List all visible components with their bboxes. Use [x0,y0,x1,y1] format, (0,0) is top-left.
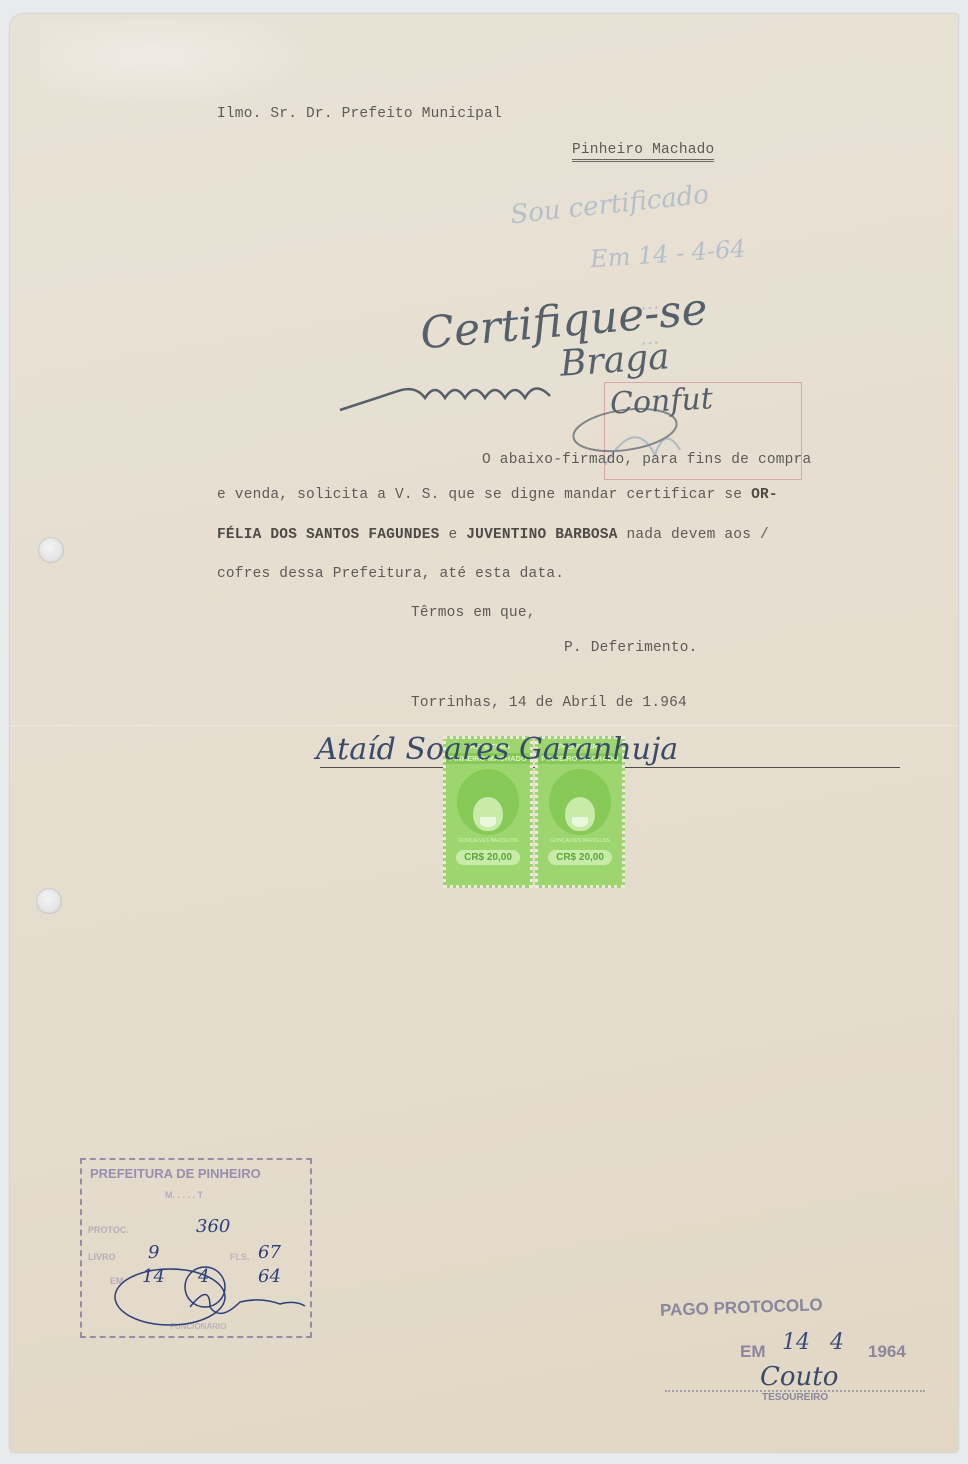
closing-line-1: Têrmos em que, [411,605,536,621]
payment-date-year: 1964 [868,1342,906,1362]
body-line-2: e venda, solicita a V. S. que se digne m… [217,487,778,503]
body-line-3-tail: nada devem aos / [618,527,769,543]
stamp-ribbon: GONÇALVES BARCELOS [458,838,517,844]
protocol-footer-label: FUNCIONÁRIO [170,1322,226,1331]
place-date: Torrinhas, 14 de Abríl de 1.964 [411,695,687,711]
treasurer-label: TESOUREIRO [762,1392,828,1403]
body-line-1: O abaixo-firmado, para fins de compra [482,452,811,468]
dispatch-line-2: Braga [559,336,671,385]
stamp-portrait [549,769,611,835]
book-number: 9 [148,1242,159,1263]
stamp-ribbon: GONÇALVES BARCELOS [550,838,609,844]
treasurer-signature: Couto [760,1362,838,1392]
protocol-subtitle: M. . . . . T [165,1190,203,1200]
addressee-city-text: Pinheiro Machado [572,142,714,162]
payment-date-month: 4 [830,1330,844,1355]
protocol-label: PROTOC. [88,1225,129,1235]
punch-hole-top [38,537,64,563]
name-orfelia: FÉLIA DOS SANTOS FAGUNDES [217,527,440,543]
body-line-2-bold: OR- [751,487,778,503]
applicant-signature: Ataíd Soares Garanhuja [316,732,678,767]
protocol-number: 360 [196,1216,230,1237]
page-label: FLS. [230,1252,250,1262]
body-line-3: FÉLIA DOS SANTOS FAGUNDES e JUVENTINO BA… [217,527,769,543]
stamp-value: CR$ 20,00 [548,850,612,865]
addressee-city: Pinheiro Machado [572,142,714,158]
paper-crease [40,20,320,110]
conjunction: e [440,527,467,543]
stamp-value: CR$ 20,00 [456,850,520,865]
name-juventino: JUVENTINO BARBOSA [466,527,617,543]
body-line-4: cofres dessa Prefeitura, até esta data. [217,566,564,582]
punch-hole-bottom [36,888,62,914]
payment-date-prefix: EM [740,1342,766,1362]
page-number: 67 [258,1242,281,1263]
fold-line [10,725,958,726]
stamp-portrait [457,769,519,835]
book-label: LIVRO [88,1252,116,1262]
dispatch-flourish [335,370,575,420]
protocol-title: PREFEITURA DE PINHEIRO [90,1166,261,1181]
closing-line-2: P. Deferimento. [564,640,698,656]
addressee-line: Ilmo. Sr. Dr. Prefeito Municipal [217,106,502,122]
body-line-2-text: e venda, solicita a V. S. que se digne m… [217,487,751,503]
payment-date-day: 14 [782,1330,810,1355]
